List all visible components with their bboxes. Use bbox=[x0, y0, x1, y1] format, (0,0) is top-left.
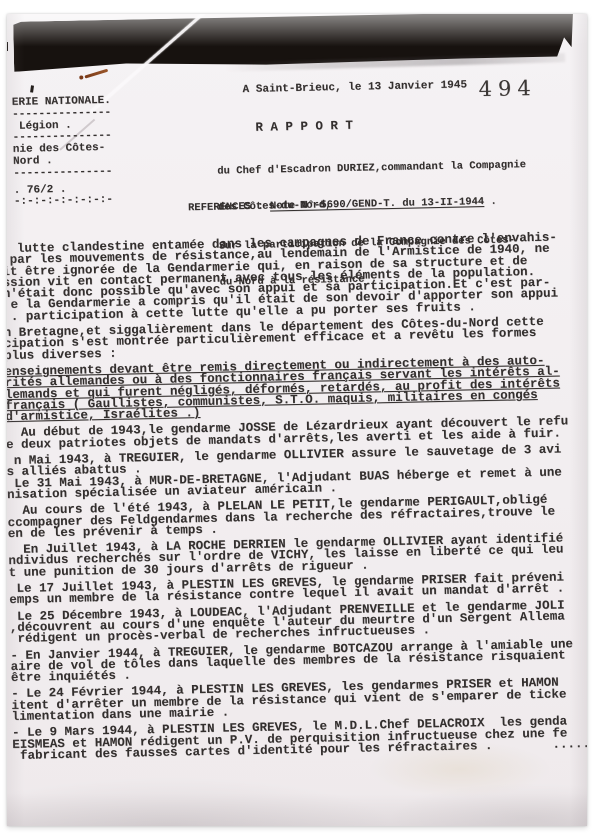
letterhead-line: --------------- bbox=[13, 167, 112, 181]
body-text: lutte clandestine entamée dans les campa… bbox=[7, 232, 587, 763]
rust-stain-dot bbox=[79, 75, 83, 79]
page-number-stamp: 494 bbox=[478, 76, 537, 101]
subject-line: du Chef d'Escadron DURIEZ,commandant la … bbox=[217, 159, 526, 177]
letterhead-line: -:-:-:-:-:-:-:- bbox=[14, 195, 113, 209]
document-photo: A Saint-Brieuc, le 13 Janvier 1945 494 E… bbox=[7, 14, 587, 826]
reference-tail: . bbox=[484, 196, 497, 208]
rust-stain bbox=[84, 69, 108, 78]
report-title: R A P P O R T bbox=[255, 119, 353, 135]
ink-speck bbox=[30, 85, 34, 92]
letterhead: ERIE NATIONALE.--------------- Légion .-… bbox=[12, 96, 113, 209]
date-line: A Saint-Brieuc, le 13 Janvier 1945 bbox=[242, 79, 467, 96]
reference-label: REFERENCES : bbox=[188, 201, 270, 215]
page-content: A Saint-Brieuc, le 13 Janvier 1945 494 E… bbox=[7, 14, 587, 826]
